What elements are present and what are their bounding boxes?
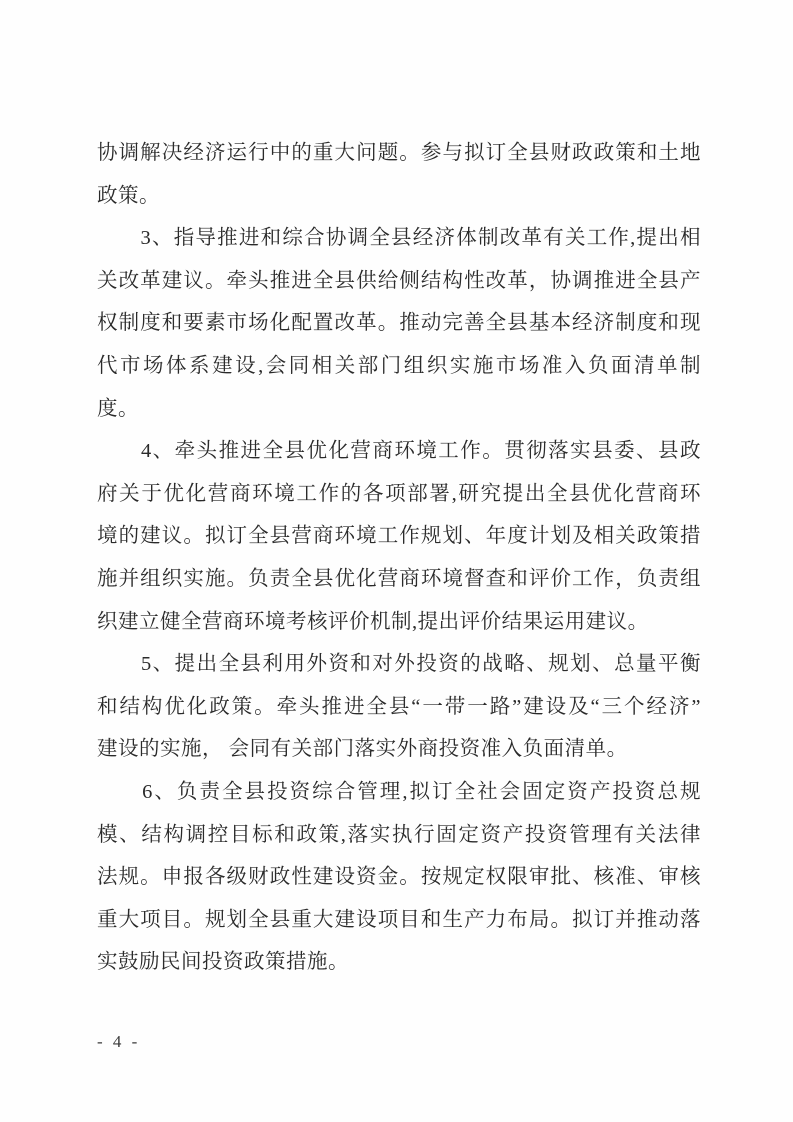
document-line: 6、负责全县投资综合管理,拟订全社会固定资产投资总规 xyxy=(97,771,701,814)
document-line: 度。 xyxy=(97,388,701,431)
document-line: 织建立健全营商环境考核评价机制,提出评价结果运用建议。 xyxy=(97,601,701,644)
document-line: 施并组织实施。负责全县优化营商环境督查和评价工作，负责组 xyxy=(97,558,701,601)
document-line: 和结构优化政策。牵头推进全县“一带一路”建设及“三个经济” xyxy=(97,686,701,729)
document-line: 3、指导推进和综合协调全县经济体制改革有关工作,提出相 xyxy=(97,217,701,260)
document-line: 4、牵头推进全县优化营商环境工作。贯彻落实县委、县政 xyxy=(97,430,701,473)
document-line: 5、提出全县利用外资和对外投资的战略、规划、总量平衡 xyxy=(97,643,701,686)
document-line: 实鼓励民间投资政策措施。 xyxy=(97,941,701,984)
document-line: 建设的实施， 会同有关部门落实外商投资准入负面清单。 xyxy=(97,728,701,771)
document-line: 关改革建议。牵头推进全县供给侧结构性改革，协调推进全县产 xyxy=(97,260,701,303)
document-line: 模、结构调控目标和政策,落实执行固定资产投资管理有关法律 xyxy=(97,814,701,857)
document-line: 政策。 xyxy=(97,175,701,218)
document-line: 重大项目。规划全县重大建设项目和生产力布局。拟订并推动落 xyxy=(97,899,701,942)
document-line: 代市场体系建设,会同相关部门组织实施市场准入负面清单制 xyxy=(97,345,701,388)
document-line: 协调解决经济运行中的重大问题。参与拟订全县财政政策和土地 xyxy=(97,132,701,175)
document-body: 协调解决经济运行中的重大问题。参与拟订全县财政政策和土地 政策。 3、指导推进和… xyxy=(97,132,701,984)
document-line: 境的建议。拟订全县营商环境工作规划、年度计划及相关政策措 xyxy=(97,515,701,558)
page-number: - 4 - xyxy=(97,1032,140,1052)
document-line: 权制度和要素市场化配置改革。推动完善全县基本经济制度和现 xyxy=(97,302,701,345)
document-page: 协调解决经济运行中的重大问题。参与拟订全县财政政策和土地 政策。 3、指导推进和… xyxy=(0,0,793,1122)
document-line: 府关于优化营商环境工作的各项部署,研究提出全县优化营商环 xyxy=(97,473,701,516)
document-line: 法规。申报各级财政性建设资金。按规定权限审批、核准、审核 xyxy=(97,856,701,899)
